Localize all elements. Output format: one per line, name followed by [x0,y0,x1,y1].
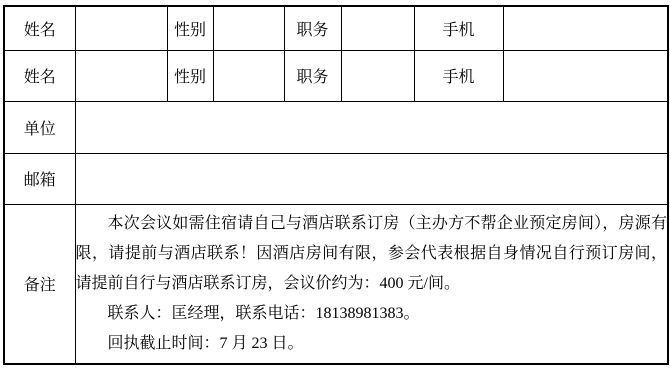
email-field[interactable] [75,153,668,204]
remarks-row: 备注 本次会议如需住宿请自己与酒店联系订房（主办方不帮企业预定房间），房源有限，… [4,204,668,364]
unit-row: 单位 [4,101,668,153]
remarks-label: 备注 [4,204,75,364]
person-row-2: 姓名 性别 职务 手机 [4,50,668,101]
gender-label: 性别 [167,50,213,101]
name-field[interactable] [75,50,167,101]
unit-label: 单位 [4,101,75,153]
gender-field[interactable] [213,50,284,101]
position-label: 职务 [284,50,341,101]
remarks-paragraph-booking: 本次会议如需住宿请自己与酒店联系订房（主办方不帮企业预定房间），房源有限，请提前… [76,209,668,299]
email-label: 邮箱 [4,153,75,204]
gender-field[interactable] [213,6,284,50]
unit-field[interactable] [75,101,668,153]
position-label: 职务 [284,6,341,50]
name-field[interactable] [75,6,167,50]
position-field[interactable] [341,6,414,50]
person-row-1: 姓名 性别 职务 手机 [4,6,668,50]
mobile-field[interactable] [503,6,668,50]
remarks-field[interactable]: 本次会议如需住宿请自己与酒店联系订房（主办方不帮企业预定房间），房源有限，请提前… [75,204,668,364]
remarks-paragraph-contact: 联系人：匡经理，联系电话：18138981383。 [76,299,668,329]
email-row: 邮箱 [4,153,668,204]
gender-label: 性别 [167,6,213,50]
position-field[interactable] [341,50,414,101]
mobile-label: 手机 [414,50,503,101]
name-label: 姓名 [4,6,75,50]
name-label: 姓名 [4,50,75,101]
mobile-label: 手机 [414,6,503,50]
remarks-paragraph-deadline: 回执截止时间：7 月 23 日。 [76,329,668,359]
registration-form-table: 姓名 性别 职务 手机 姓名 性别 职务 手机 单位 邮箱 备注 本次会议如需住… [3,5,669,365]
mobile-field[interactable] [503,50,668,101]
